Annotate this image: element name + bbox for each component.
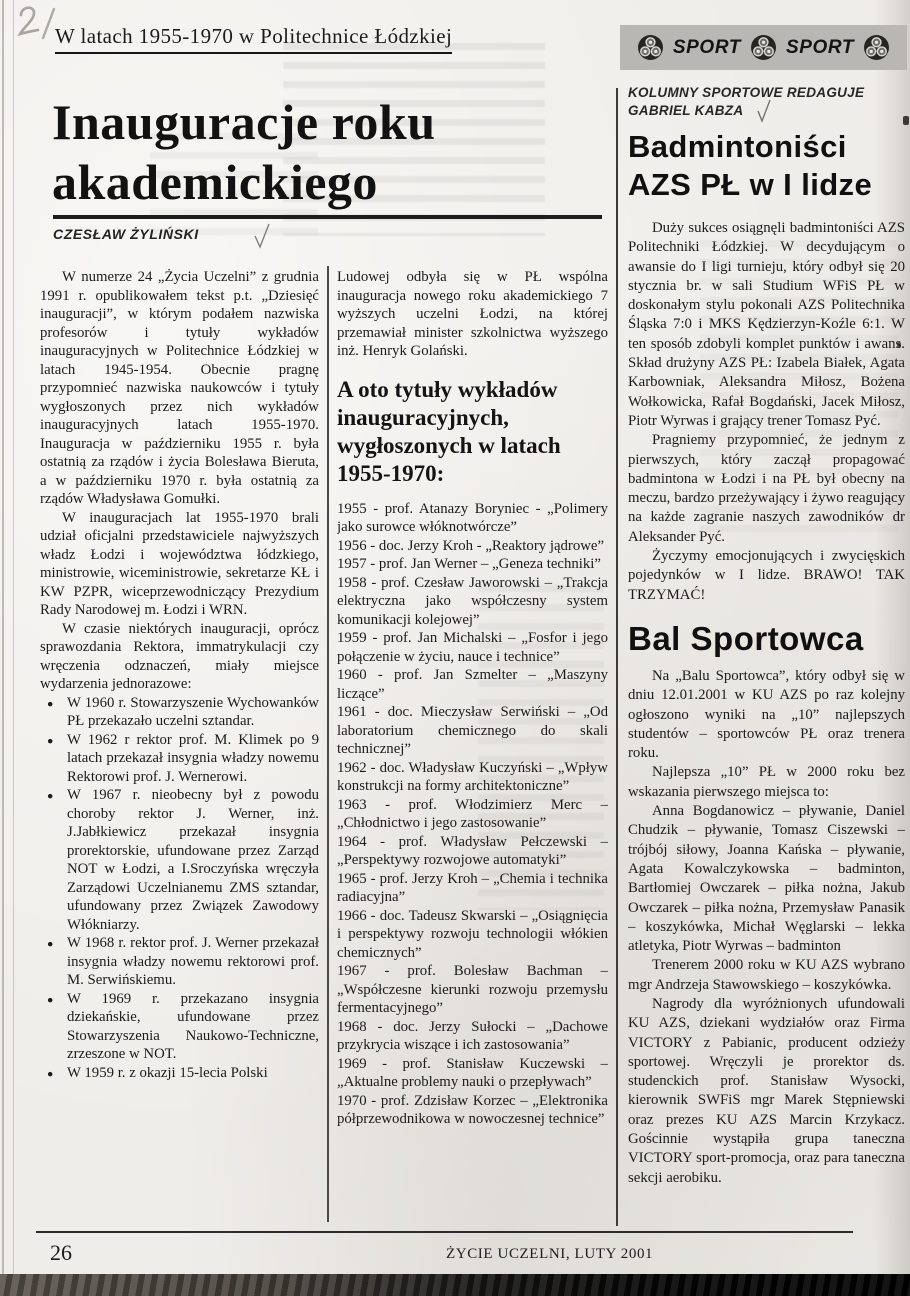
lecture-entry: 1967 - prof. Bolesław Bachman – „Współcz… [337, 962, 608, 1018]
lecture-entry: 1962 - doc. Władysław Kuczyński – „Wpływ… [337, 759, 608, 796]
title-line-1: Inauguracje roku [52, 94, 436, 150]
lecture-entry: 1960 - prof. Jan Szmelter – „Maszyny lic… [337, 666, 608, 703]
sport-banner-label: SPORT [786, 37, 854, 59]
page-edge-line [13, 0, 14, 1296]
lecture-entry: 1956 - doc. Jerzy Kroh - „Reaktory jądro… [337, 537, 608, 556]
title-line-2: akademickiego [52, 154, 378, 210]
newspaper-page: W latach 1955-1970 w Politechnice Łódzki… [0, 0, 910, 1296]
lecture-entry: 1958 - prof. Czesław Jaworowski – „Trakc… [337, 574, 608, 630]
main-column-2: Ludowej odbyła się w PŁ wspólna inaugura… [337, 268, 608, 1225]
journal-footer: ŻYCIE UCZELNI, LUTY 2001 [446, 1246, 653, 1263]
lecture-entry: 1965 - prof. Jerzy Kroh – „Chemia i tech… [337, 870, 608, 907]
badminton-title-line-1: Badmintoniści [628, 129, 847, 164]
article-kicker: W latach 1955-1970 w Politechnice Łódzki… [55, 24, 452, 54]
editor-credit-line-1: KOLUMNY SPORTOWE REDAGUJE [628, 85, 864, 100]
footer-rule [36, 1231, 853, 1233]
paragraph: Najlepsza „10” PŁ w 2000 roku bez wskaza… [628, 763, 905, 802]
lecture-entry: 1957 - prof. Jan Werner – „Geneza techni… [337, 555, 608, 574]
paragraph: W inauguracjach lat 1955-1970 brali udzi… [40, 509, 319, 620]
paragraph: Nagrody dla wyróżnionych ufundowali KU A… [628, 995, 905, 1188]
sport-column-body: Duży sukces osiągnęli badmintoniści AZS … [628, 219, 905, 1221]
badminton-article-title: Badmintoniści AZS PŁ w I lidze [628, 128, 872, 204]
lecture-entry: 1963 - prof. Włodzimierz Merc – „Chłodni… [337, 796, 608, 833]
main-column-1: W numerze 24 „Życia Uczelni” z grudnia 1… [40, 268, 319, 1225]
bullet-item: W 1969 r. przekazano insygnia dziekański… [40, 990, 319, 1064]
sport-column-divider [616, 88, 618, 1226]
lecture-entry: 1968 - doc. Jerzy Sułocki – „Dachowe prz… [337, 1018, 608, 1055]
sport-banner-label: SPORT [673, 37, 741, 59]
scan-bottom-band [0, 1274, 910, 1296]
soccer-ball-icon [750, 34, 777, 61]
bullet-item: W 1968 r. rektor prof. J. Werner przekaz… [40, 934, 319, 990]
editor-credit-line-2: GABRIEL KABZA [628, 103, 743, 118]
sport-banner: SPORT SPORT [620, 25, 907, 70]
paragraph: W numerze 24 „Życia Uczelni” z grudnia 1… [40, 268, 319, 509]
checkmark-icon [756, 98, 772, 124]
column-divider [327, 266, 329, 1222]
bullet-item: W 1967 r. nieobecny był z powodu choroby… [40, 786, 319, 934]
soccer-ball-icon [637, 34, 664, 61]
paragraph: Anna Bogdanowicz – pływanie, Daniel Chud… [628, 802, 905, 956]
badminton-title-line-2: AZS PŁ w I lidze [628, 167, 872, 202]
lecture-entry: 1970 - prof. Zdzisław Korzec – „Elektron… [337, 1092, 608, 1129]
lecture-entry: 1959 - prof. Jan Michalski – „Fosfor i j… [337, 629, 608, 666]
paragraph: Trenerem 2000 roku w KU AZS wybrano mgr … [628, 956, 905, 995]
sport-editor-credit: KOLUMNY SPORTOWE REDAGUJE GABRIEL KABZA [628, 84, 864, 120]
paragraph: Duży sukces osiągnęli badmintoniści AZS … [628, 219, 905, 431]
lecture-entry: 1966 - doc. Tadeusz Skwarski – „Osiągnię… [337, 907, 608, 963]
soccer-ball-icon [863, 34, 890, 61]
page-number: 26 [50, 1240, 72, 1266]
title-rule [53, 215, 602, 219]
paragraph: Ludowej odbyła się w PŁ wspólna inaugura… [337, 268, 608, 361]
lecture-entry: 1964 - prof. Władysław Pełczewski – „Per… [337, 833, 608, 870]
lecture-entry: 1961 - doc. Mieczysław Serwiński – „Od l… [337, 703, 608, 759]
bullet-item: W 1960 r. Stowarzyszenie Wychowanków PŁ … [40, 694, 319, 731]
lecture-entry: 1955 - prof. Atanazy Boryniec - „Polimer… [337, 500, 608, 537]
lecture-entry: 1969 - prof. Stanisław Kuczewski – „Aktu… [337, 1055, 608, 1092]
article-title: Inauguracje roku akademickiego [52, 92, 436, 212]
checkmark-icon [253, 222, 271, 250]
bal-sportowca-title: Bal Sportowca [628, 621, 905, 657]
bullet-item: W 1959 r. z okazji 15-lecia Polski [40, 1064, 319, 1083]
paragraph: Na „Balu Sportowca”, który odbył się w d… [628, 667, 905, 763]
paragraph: Pragniemy przypomnieć, że jednym z pierw… [628, 431, 905, 547]
scan-speck [903, 116, 909, 125]
page-edge-line [2, 0, 4, 1296]
author-name: CZESŁAW ŻYLIŃSKI [53, 226, 199, 242]
paragraph: Życzymy emocjonujących i zwycięskich poj… [628, 547, 905, 605]
section-subhead: A oto tytuły wykładów inauguracyjnych, w… [337, 376, 608, 488]
bullet-item: W 1962 r rektor prof. M. Klimek po 9 lat… [40, 731, 319, 787]
paragraph: W czasie niektórych inauguracji, oprócz … [40, 620, 319, 694]
article-author: CZESŁAW ŻYLIŃSKI [53, 226, 199, 242]
